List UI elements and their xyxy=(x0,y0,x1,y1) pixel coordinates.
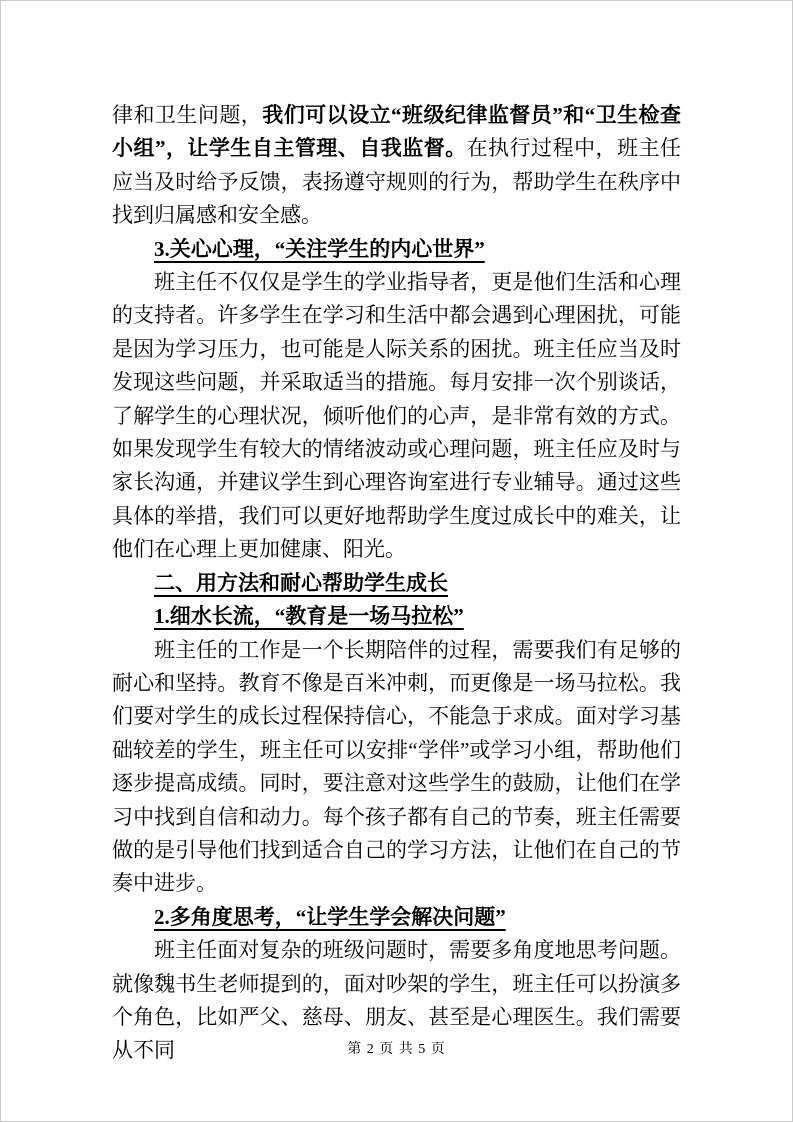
heading-text: 1.细水长流，“教育是一场马拉松” xyxy=(154,604,464,628)
paragraph-run: 班主任不仅仅是学生的学业指导者，更是他们生活和心理的支持者。许多学生在学习和生活… xyxy=(112,270,681,561)
page-number-footer: 第 2 页 共 5 页 xyxy=(1,1038,792,1058)
paragraph-run: 班主任的工作是一个长期陪伴的过程，需要我们有足够的耐心和坚持。教育不像是百米冲刺… xyxy=(112,638,681,896)
heading-text: 二、用方法和耐心帮助学生成长 xyxy=(154,571,448,595)
document-page: 律和卫生问题，我们可以设立“班级纪律监督员”和“卫生检查小组”，让学生自主管理、… xyxy=(0,0,793,1122)
section-heading: 二、用方法和耐心帮助学生成长 xyxy=(112,567,681,600)
document-content: 律和卫生问题，我们可以设立“班级纪律监督员”和“卫生检查小组”，让学生自主管理、… xyxy=(112,99,681,1068)
section-heading: 1.细水长流，“教育是一场马拉松” xyxy=(112,600,681,633)
body-paragraph: 班主任的工作是一个长期陪伴的过程，需要我们有足够的耐心和坚持。教育不像是百米冲刺… xyxy=(112,634,681,901)
section-heading: 3.关心心理，“关注学生的内心世界” xyxy=(112,233,681,266)
heading-text: 2.多角度思考，“让学生学会解决问题” xyxy=(154,905,506,929)
body-paragraph: 律和卫生问题，我们可以设立“班级纪律监督员”和“卫生检查小组”，让学生自主管理、… xyxy=(112,99,681,233)
body-paragraph: 班主任不仅仅是学生的学业指导者，更是他们生活和心理的支持者。许多学生在学习和生活… xyxy=(112,266,681,567)
section-heading: 2.多角度思考，“让学生学会解决问题” xyxy=(112,901,681,934)
heading-text: 3.关心心理，“关注学生的内心世界” xyxy=(154,237,485,261)
paragraph-run: 律和卫生问题， xyxy=(112,103,262,127)
